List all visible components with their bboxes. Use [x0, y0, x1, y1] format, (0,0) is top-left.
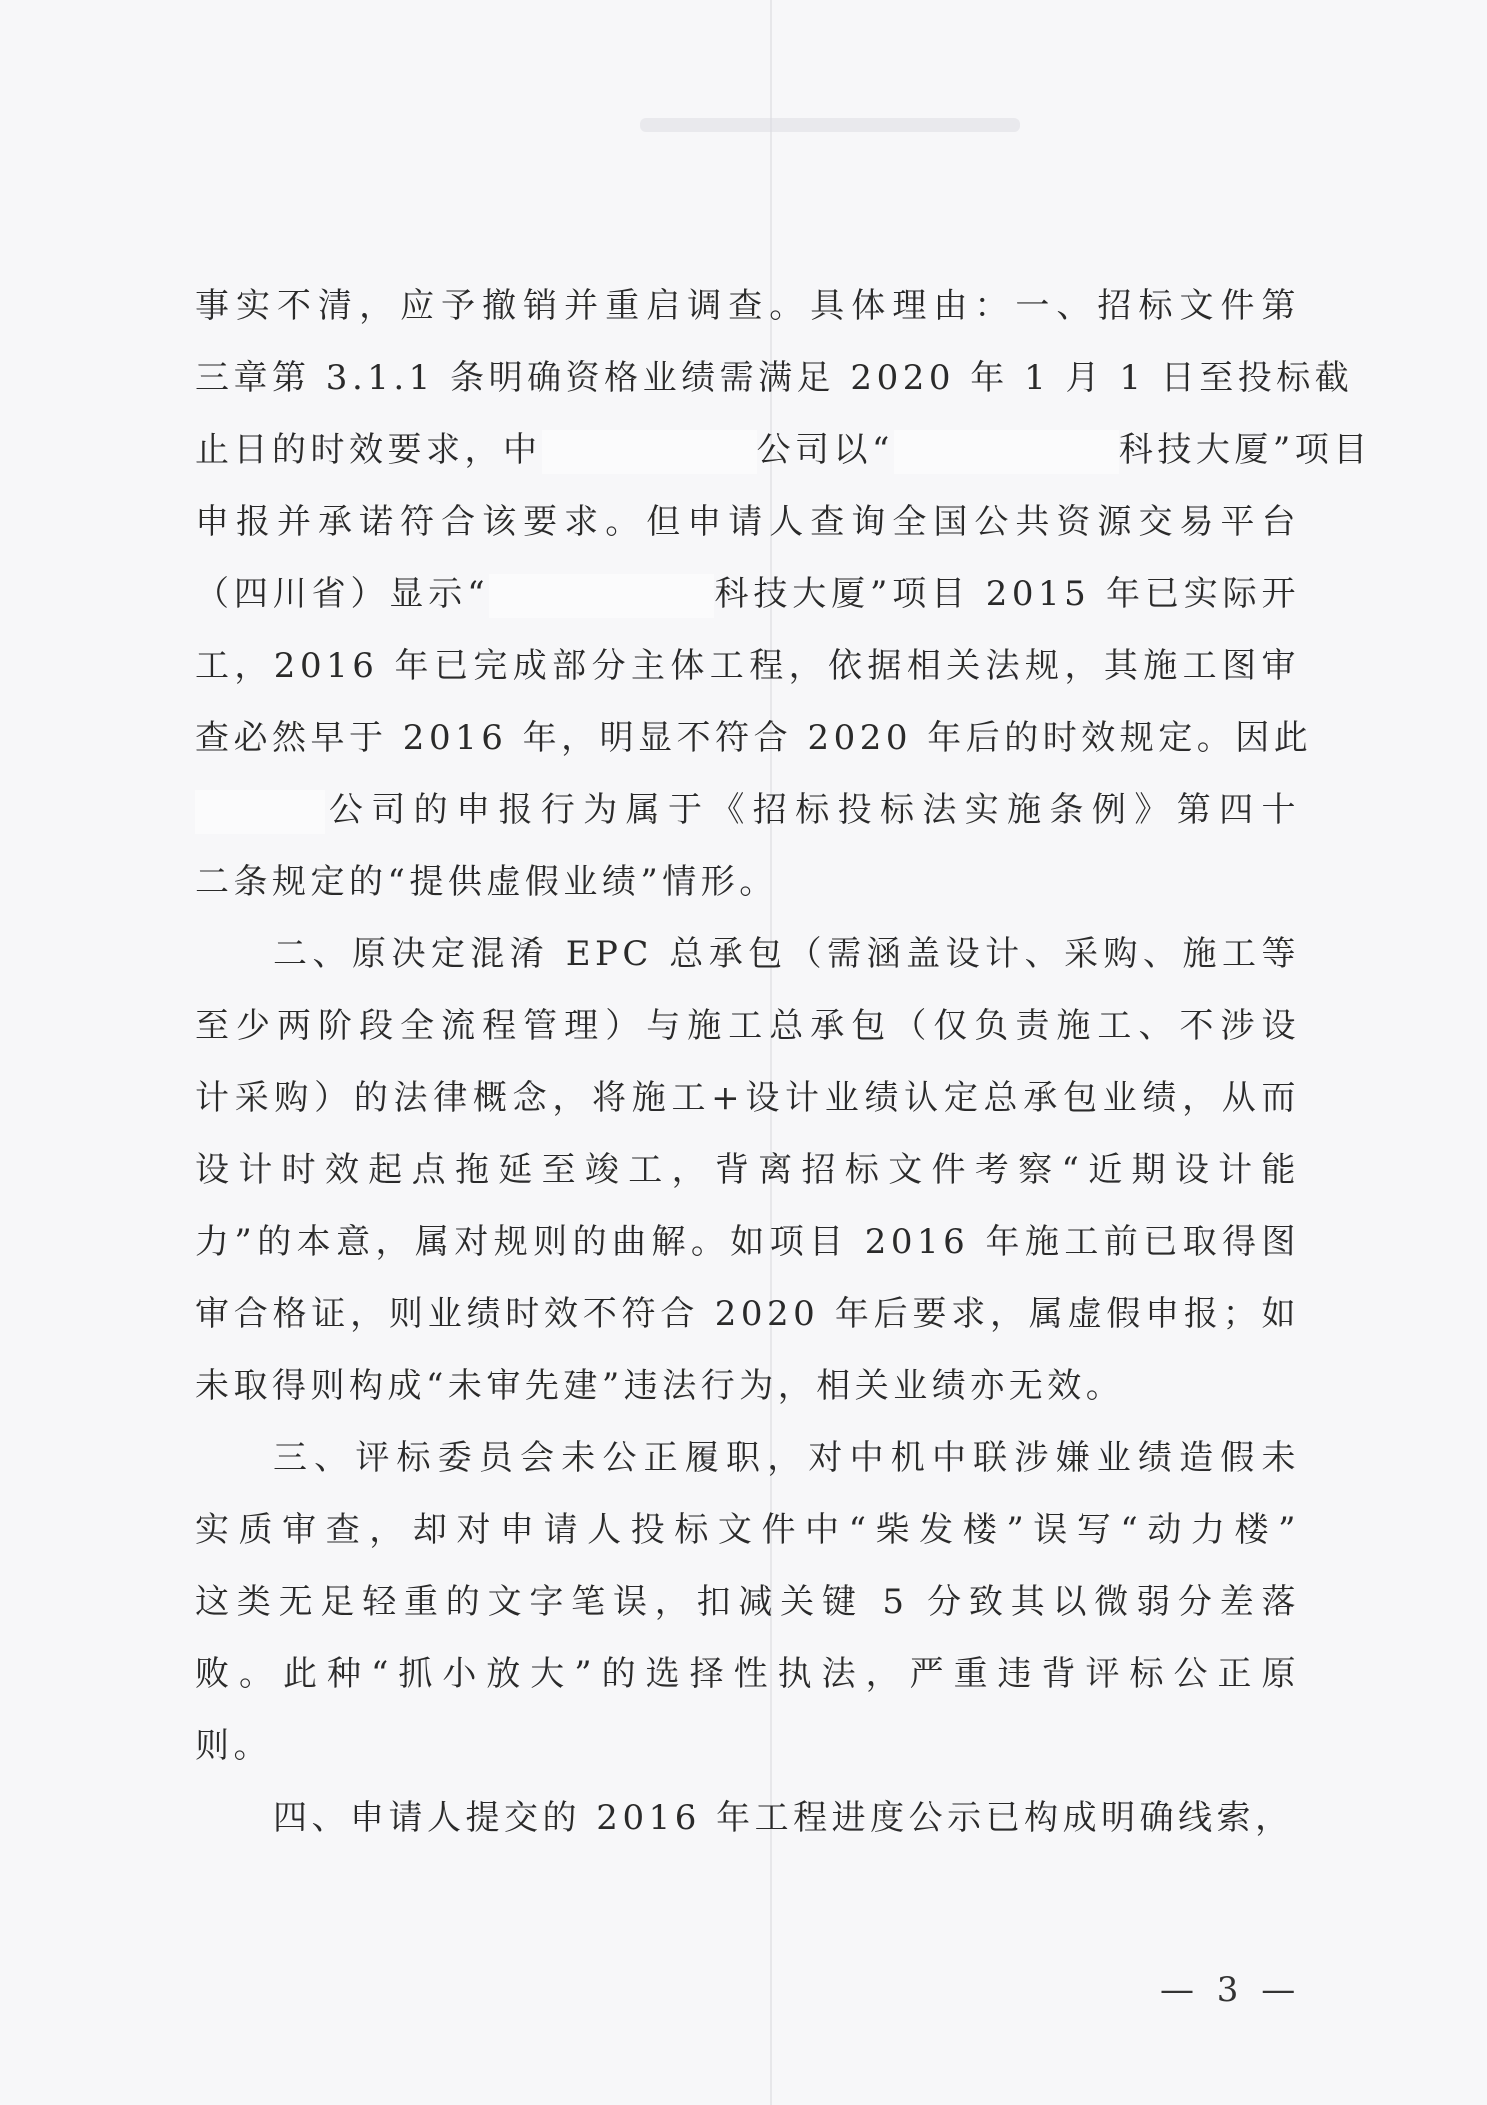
redacted-project-name — [489, 574, 714, 618]
redacted-company-name — [542, 430, 757, 474]
text-line: 事实不清，应予撤销并重启调查。具体理由：一、招标文件第 — [195, 270, 1300, 342]
text-line: 未取得则构成“未审先建”违法行为，相关业绩亦无效。 — [195, 1350, 1300, 1422]
text-line: 查必然早于 2016 年，明显不符合 2020 年后的时效规定。因此 — [195, 702, 1300, 774]
text-segment: 止日的时效要求，中 — [195, 430, 542, 470]
document-page: 事实不清，应予撤销并重启调查。具体理由：一、招标文件第 三章第 3.1.1 条明… — [0, 0, 1487, 2105]
text-line: 二条规定的“提供虚假业绩”情形。 — [195, 846, 1300, 918]
paragraph-3-start: 三、评标委员会未公正履职，对中机中联涉嫌业绩造假未 — [195, 1422, 1300, 1494]
text-line: 三章第 3.1.1 条明确资格业绩需满足 2020 年 1 月 1 日至投标截 — [195, 342, 1300, 414]
page-number: — 3 — — [1160, 1970, 1301, 2010]
text-segment: 公司的申报行为属于《招标投标法实施条例》第四十 — [325, 790, 1300, 830]
text-line: 工，2016 年已完成部分主体工程，依据相关法规，其施工图审 — [195, 630, 1300, 702]
text-line: 败。此种“抓小放大”的选择性执法，严重违背评标公正原 — [195, 1638, 1300, 1710]
text-line: 力”的本意，属对规则的曲解。如项目 2016 年施工前已取得图 — [195, 1206, 1300, 1278]
text-line: 至少两阶段全流程管理）与施工总承包（仅负责施工、不涉设 — [195, 990, 1300, 1062]
text-segment: 科技大厦”项目 2015 年已实际开 — [714, 574, 1300, 614]
text-segment: （四川省）显示“ — [195, 574, 489, 614]
paragraph-4-start: 四、申请人提交的 2016 年工程进度公示已构成明确线索， — [195, 1782, 1300, 1854]
text-line: 实质审查，却对申请人投标文件中“柴发楼”误写“动力楼” — [195, 1494, 1300, 1566]
scan-smudge — [640, 118, 1020, 132]
text-line: 申报并承诺符合该要求。但申请人查询全国公共资源交易平台 — [195, 486, 1300, 558]
text-line-redacted: （四川省）显示“科技大厦”项目 2015 年已实际开 — [195, 558, 1300, 630]
text-line: 审合格证，则业绩时效不符合 2020 年后要求，属虚假申报；如 — [195, 1278, 1300, 1350]
text-line: 计采购）的法律概念，将施工+设计业绩认定总承包业绩，从而 — [195, 1062, 1300, 1134]
text-segment: 公司以“ — [757, 430, 894, 470]
paragraph-2-start: 二、原决定混淆 EPC 总承包（需涵盖设计、采购、施工等 — [195, 918, 1300, 990]
text-line: 这类无足轻重的文字笔误，扣减关键 5 分致其以微弱分差落 — [195, 1566, 1300, 1638]
redacted-company-name — [195, 790, 325, 834]
redacted-project-name — [894, 430, 1119, 474]
text-line-redacted: 公司的申报行为属于《招标投标法实施条例》第四十 — [195, 774, 1300, 846]
text-line: 设计时效起点拖延至竣工，背离招标文件考察“近期设计能 — [195, 1134, 1300, 1206]
text-line-redacted: 止日的时效要求，中公司以“科技大厦”项目 — [195, 414, 1300, 486]
text-segment: 科技大厦”项目 — [1119, 430, 1372, 470]
document-body: 事实不清，应予撤销并重启调查。具体理由：一、招标文件第 三章第 3.1.1 条明… — [195, 270, 1300, 1854]
text-line: 则。 — [195, 1710, 1300, 1782]
